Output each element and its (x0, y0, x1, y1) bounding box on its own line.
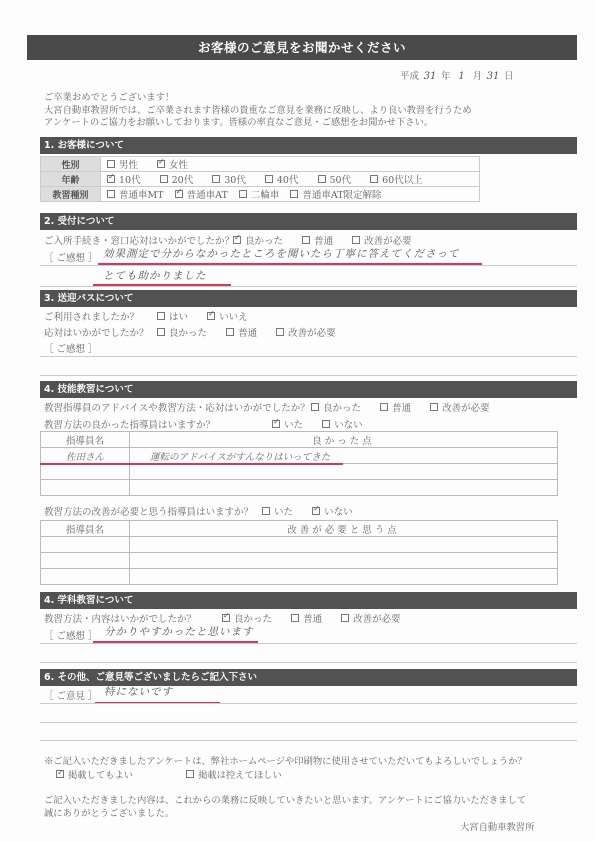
checkbox[interactable] (311, 403, 319, 411)
age-option-40s[interactable]: 40代 (265, 172, 299, 186)
closing-text: ご記入いただきました内容は、これからの業務に反映していきたいと思います。アンケー… (44, 795, 526, 820)
option-label: 普通 (303, 614, 322, 625)
option-label: 普通車AT (187, 190, 228, 201)
divider (40, 662, 577, 663)
academic-option-good[interactable]: 良かった (222, 611, 272, 625)
date-month[interactable]: 1 (455, 71, 469, 82)
option-label: 改善が必要 (288, 328, 336, 339)
checkbox[interactable] (157, 328, 165, 336)
instructor-name-cell[interactable] (41, 569, 130, 585)
academic-comment[interactable]: 分かりやすかったと思います (104, 624, 254, 639)
date-era: 平成 (400, 68, 419, 82)
section-header-reception: 2. 受付について (40, 213, 577, 230)
reception-comment-line1[interactable]: 効果測定で分からなかったところを聞いたら丁寧に答えてくださって (103, 246, 460, 261)
checkbox[interactable] (380, 403, 388, 411)
checkbox[interactable] (318, 175, 326, 183)
day-label: 日 (504, 68, 514, 82)
table-header-row: 指導員名 改善が必要と思う点 (41, 521, 558, 537)
checkbox[interactable] (370, 175, 378, 183)
divider (40, 643, 577, 644)
question-text: 教習方法の良かった指導員はいますか？ (44, 417, 269, 431)
good-points-cell[interactable] (130, 464, 558, 480)
course-type-label: 教習種別 (41, 187, 101, 202)
reception-comment-line2[interactable]: とても助かりました (103, 268, 207, 283)
table-row (41, 480, 558, 496)
consent-option-allow[interactable]: 掲載してもよい (56, 770, 133, 783)
good-instructor-yes[interactable]: いた (272, 417, 303, 431)
intro-line: 大宮自動車教習所では、ご卒業されます皆様の貴重なご意見を業務に反映し、より良い教… (44, 105, 472, 118)
checkbox[interactable] (341, 614, 349, 622)
option-label: 良かった (323, 403, 361, 414)
option-label: いない (324, 507, 353, 518)
shuttle-use-no[interactable]: いいえ (207, 309, 248, 323)
question-text: 教習指導員のアドバイスや教習方法・応対はいかがでしたか？ (44, 400, 308, 414)
improve-instructor-no[interactable]: いない (312, 504, 353, 518)
question-text: 教習方法・内容はいかがでしたか？ (44, 611, 219, 625)
improve-instructor-yes[interactable]: いた (262, 504, 293, 518)
practical-option-good[interactable]: 良かった (311, 400, 361, 414)
table-row (41, 553, 558, 569)
option-label: 普通 (392, 403, 411, 414)
academic-comment-label: ［ ご感想 ］ (44, 628, 98, 642)
checkbox[interactable] (107, 160, 115, 168)
option-label: 良かった (169, 328, 207, 339)
checkbox-checked[interactable] (107, 175, 115, 183)
question-text: 教習方法の改善が必要と思う指導員はいますか？ (44, 504, 259, 518)
option-label: 普通車MT (119, 190, 164, 201)
other-comment-label: ［ ご意見 ］ (44, 688, 98, 702)
table-header-row: 指導員名 良かった点 (41, 432, 558, 448)
checkbox[interactable] (262, 507, 270, 515)
age-option-50s[interactable]: 50代 (318, 172, 352, 186)
checkbox[interactable] (290, 190, 298, 198)
divider (40, 356, 577, 357)
gender-option-male[interactable]: 男性 (107, 157, 138, 171)
instructor-name-cell[interactable]: 佐田さん (41, 448, 130, 464)
option-label: 普通 (238, 328, 257, 339)
divider (40, 286, 577, 287)
reception-question-row: ご入所手続き・窓口応対はいかがでしたか？ 良かった 普通 改善が必要 (44, 233, 428, 247)
checkbox[interactable] (239, 190, 247, 198)
option-label: いいえ (219, 312, 248, 323)
checkbox-checked[interactable] (207, 312, 215, 320)
intro-line: ご卒業おめでとうございます！ (44, 92, 472, 105)
month-label: 月 (473, 68, 483, 82)
age-option-60s-plus[interactable]: 60代以上 (370, 172, 423, 186)
practical-advice-row: 教習指導員のアドバイスや教習方法・応対はいかがでしたか？ 良かった 普通 改善が… (44, 400, 506, 414)
shuttle-option-good[interactable]: 良かった (157, 325, 207, 339)
other-comment[interactable]: 特にないです (104, 684, 173, 699)
course-option-motorcycle[interactable]: 二輪車 (239, 187, 280, 201)
practical-option-average[interactable]: 普通 (380, 400, 411, 414)
divider (40, 265, 577, 266)
gender-row: 性別 男性 女性 (41, 157, 480, 172)
intro-text: ご卒業おめでとうございます！ 大宮自動車教習所では、ご卒業されます皆様の貴重なご… (44, 92, 472, 130)
gender-option-female[interactable]: 女性 (157, 157, 188, 171)
instructor-name-cell[interactable] (41, 480, 130, 496)
course-option-mt[interactable]: 普通車MT (107, 187, 164, 201)
instructor-name-cell[interactable] (41, 537, 130, 553)
improvement-points-cell[interactable] (130, 537, 558, 553)
reception-option-needs-improvement[interactable]: 改善が必要 (352, 233, 412, 247)
divider (40, 703, 577, 704)
survey-page: お客様のご意見をお聞かせください 平成 31 年 1 月 31 日 ご卒業おめで… (0, 0, 595, 842)
instructor-name-cell[interactable] (41, 464, 130, 480)
question-text: ご利用されましたか？ (44, 309, 154, 323)
shuttle-option-needs-improvement[interactable]: 改善が必要 (276, 325, 336, 339)
checkbox[interactable] (212, 175, 220, 183)
checkbox-checked[interactable] (56, 770, 64, 778)
consent-question: ※ご記入いただきましたアンケートは、弊社ホームページや印刷物に使用させていただい… (44, 756, 527, 769)
checkbox[interactable] (276, 328, 284, 336)
course-type-row: 教習種別 普通車MT 普通車AT 二輪車 普通車AT限定解除 (41, 187, 480, 202)
question-text: 応対はいかがでしたか？ (44, 325, 154, 339)
checkbox[interactable] (302, 236, 310, 244)
age-label: 年齢 (41, 172, 101, 187)
course-option-at-limit-removal[interactable]: 普通車AT限定解除 (290, 187, 381, 201)
checkbox[interactable] (430, 403, 438, 411)
option-label: いた (284, 420, 303, 431)
improve-instructor-row: 教習方法の改善が必要と思う指導員はいますか？ いた いない (44, 504, 369, 518)
option-label: はい (169, 312, 188, 323)
checkbox-checked[interactable] (233, 236, 241, 244)
column-header-improvement-points: 改善が必要と思う点 (130, 521, 558, 537)
divider (40, 722, 577, 723)
year-label: 年 (441, 68, 451, 82)
option-label: 普通車AT限定解除 (302, 190, 381, 201)
academic-option-needs-improvement[interactable]: 改善が必要 (341, 611, 401, 625)
good-instructor-row: 教習方法の良かった指導員はいますか？ いた いない (44, 417, 379, 431)
option-label: 20代 (172, 175, 194, 186)
age-option-10s[interactable]: 10代 (107, 172, 141, 186)
checkbox-checked[interactable] (157, 160, 165, 168)
table-row: 佐田さん 運転のアドバイスがすんなりはいってきた (41, 448, 558, 464)
academic-option-average[interactable]: 普通 (291, 611, 322, 625)
option-label: いない (334, 420, 363, 431)
shuttle-use-yes[interactable]: はい (157, 309, 188, 323)
consent-options: 掲載してもよい 掲載は控えてほしい (56, 770, 298, 783)
question-text: ご入所手続き・窓口応対はいかがでしたか？ (44, 233, 230, 247)
divider (40, 740, 577, 741)
signature: 大宮自動車教習所 (460, 822, 534, 835)
improvement-points-cell[interactable] (130, 553, 558, 569)
checkbox[interactable] (352, 236, 360, 244)
checkbox-checked[interactable] (175, 190, 183, 198)
page-title: お客様のご意見をお聞かせください (27, 35, 577, 60)
checkbox-checked[interactable] (272, 420, 280, 428)
checkbox[interactable] (291, 614, 299, 622)
option-label: 50代 (330, 175, 352, 186)
checkbox[interactable] (157, 312, 165, 320)
shuttle-use-row: ご利用されましたか？ はい いいえ (44, 309, 264, 323)
checkbox-checked[interactable] (312, 507, 320, 515)
age-row: 年齢 10代 20代 30代 40代 50代 60代以上 (41, 172, 480, 187)
option-label: 掲載は控えてほしい (198, 770, 282, 781)
improvement-points-cell[interactable] (130, 569, 558, 585)
checkbox[interactable] (186, 770, 194, 778)
column-header-instructor: 指導員名 (41, 521, 130, 537)
option-label: 40代 (277, 175, 299, 186)
option-label: 改善が必要 (353, 614, 401, 625)
option-label: 二輪車 (251, 190, 280, 201)
highlight-underline (40, 463, 343, 465)
option-label: いた (274, 507, 293, 518)
checkbox[interactable] (160, 175, 168, 183)
option-label: 10代 (119, 175, 141, 186)
option-label: 60代以上 (382, 175, 423, 186)
reception-option-average[interactable]: 普通 (302, 233, 333, 247)
good-instructor-no[interactable]: いない (322, 417, 363, 431)
column-header-good-points: 良かった点 (130, 432, 558, 448)
shuttle-comment-label: ［ ご感想 ］ (44, 341, 98, 355)
section-header-practical-lessons: 4. 技能教習について (40, 381, 577, 398)
table-row (41, 464, 558, 480)
date-year[interactable]: 31 (423, 71, 437, 82)
table-row (41, 569, 558, 585)
reception-comment-label: ［ ご感想 ］ (44, 250, 98, 264)
checkbox[interactable] (265, 175, 273, 183)
checkbox[interactable] (322, 420, 330, 428)
course-option-at[interactable]: 普通車AT (175, 187, 228, 201)
checkbox[interactable] (226, 328, 234, 336)
shuttle-service-row: 応対はいかがでしたか？ 良かった 普通 改善が必要 (44, 325, 352, 339)
option-label: 男性 (119, 160, 138, 171)
option-label: 30代 (224, 175, 246, 186)
reception-option-good[interactable]: 良かった (233, 233, 283, 247)
option-label: 改善が必要 (442, 403, 490, 414)
section-header-shuttle-bus: 3. 送迎バスについて (40, 290, 577, 307)
intro-line: アンケートのご協力をお願いしております。皆様の率直なご意見・ご感想をお聞かせ下さ… (44, 117, 472, 130)
closing-line: ご記入いただきました内容は、これからの業務に反映していきたいと思います。アンケー… (44, 795, 526, 808)
divider (40, 375, 577, 376)
age-option-30s[interactable]: 30代 (212, 172, 246, 186)
date-field: 平成 31 年 1 月 31 日 (400, 68, 514, 82)
section-header-academic-lessons: 4. 学科教習について (40, 592, 577, 609)
improve-instructor-table: 指導員名 改善が必要と思う点 (40, 520, 558, 585)
date-day[interactable]: 31 (486, 71, 500, 82)
section-header-customer: 1. お客様について (40, 137, 577, 154)
instructor-name-cell[interactable] (41, 553, 130, 569)
consent-option-decline[interactable]: 掲載は控えてほしい (186, 770, 282, 783)
academic-question-row: 教習方法・内容はいかがでしたか？ 良かった 普通 改善が必要 (44, 611, 417, 625)
option-label: 掲載してもよい (68, 770, 133, 781)
closing-line: 誠にありがとうございました。 (44, 808, 526, 821)
checkbox[interactable] (107, 190, 115, 198)
customer-info-table: 性別 男性 女性 年齢 10代 20代 30代 40代 50代 60代以上 教習… (40, 156, 480, 202)
table-row (41, 537, 558, 553)
good-points-cell[interactable]: 運転のアドバイスがすんなりはいってきた (130, 448, 558, 464)
checkbox-checked[interactable] (222, 614, 230, 622)
gender-label: 性別 (41, 157, 101, 172)
option-label: 女性 (169, 160, 188, 171)
column-header-instructor: 指導員名 (41, 432, 130, 448)
good-points-cell[interactable] (130, 480, 558, 496)
shuttle-option-average[interactable]: 普通 (226, 325, 257, 339)
practical-option-needs-improvement[interactable]: 改善が必要 (430, 400, 490, 414)
age-option-20s[interactable]: 20代 (160, 172, 194, 186)
